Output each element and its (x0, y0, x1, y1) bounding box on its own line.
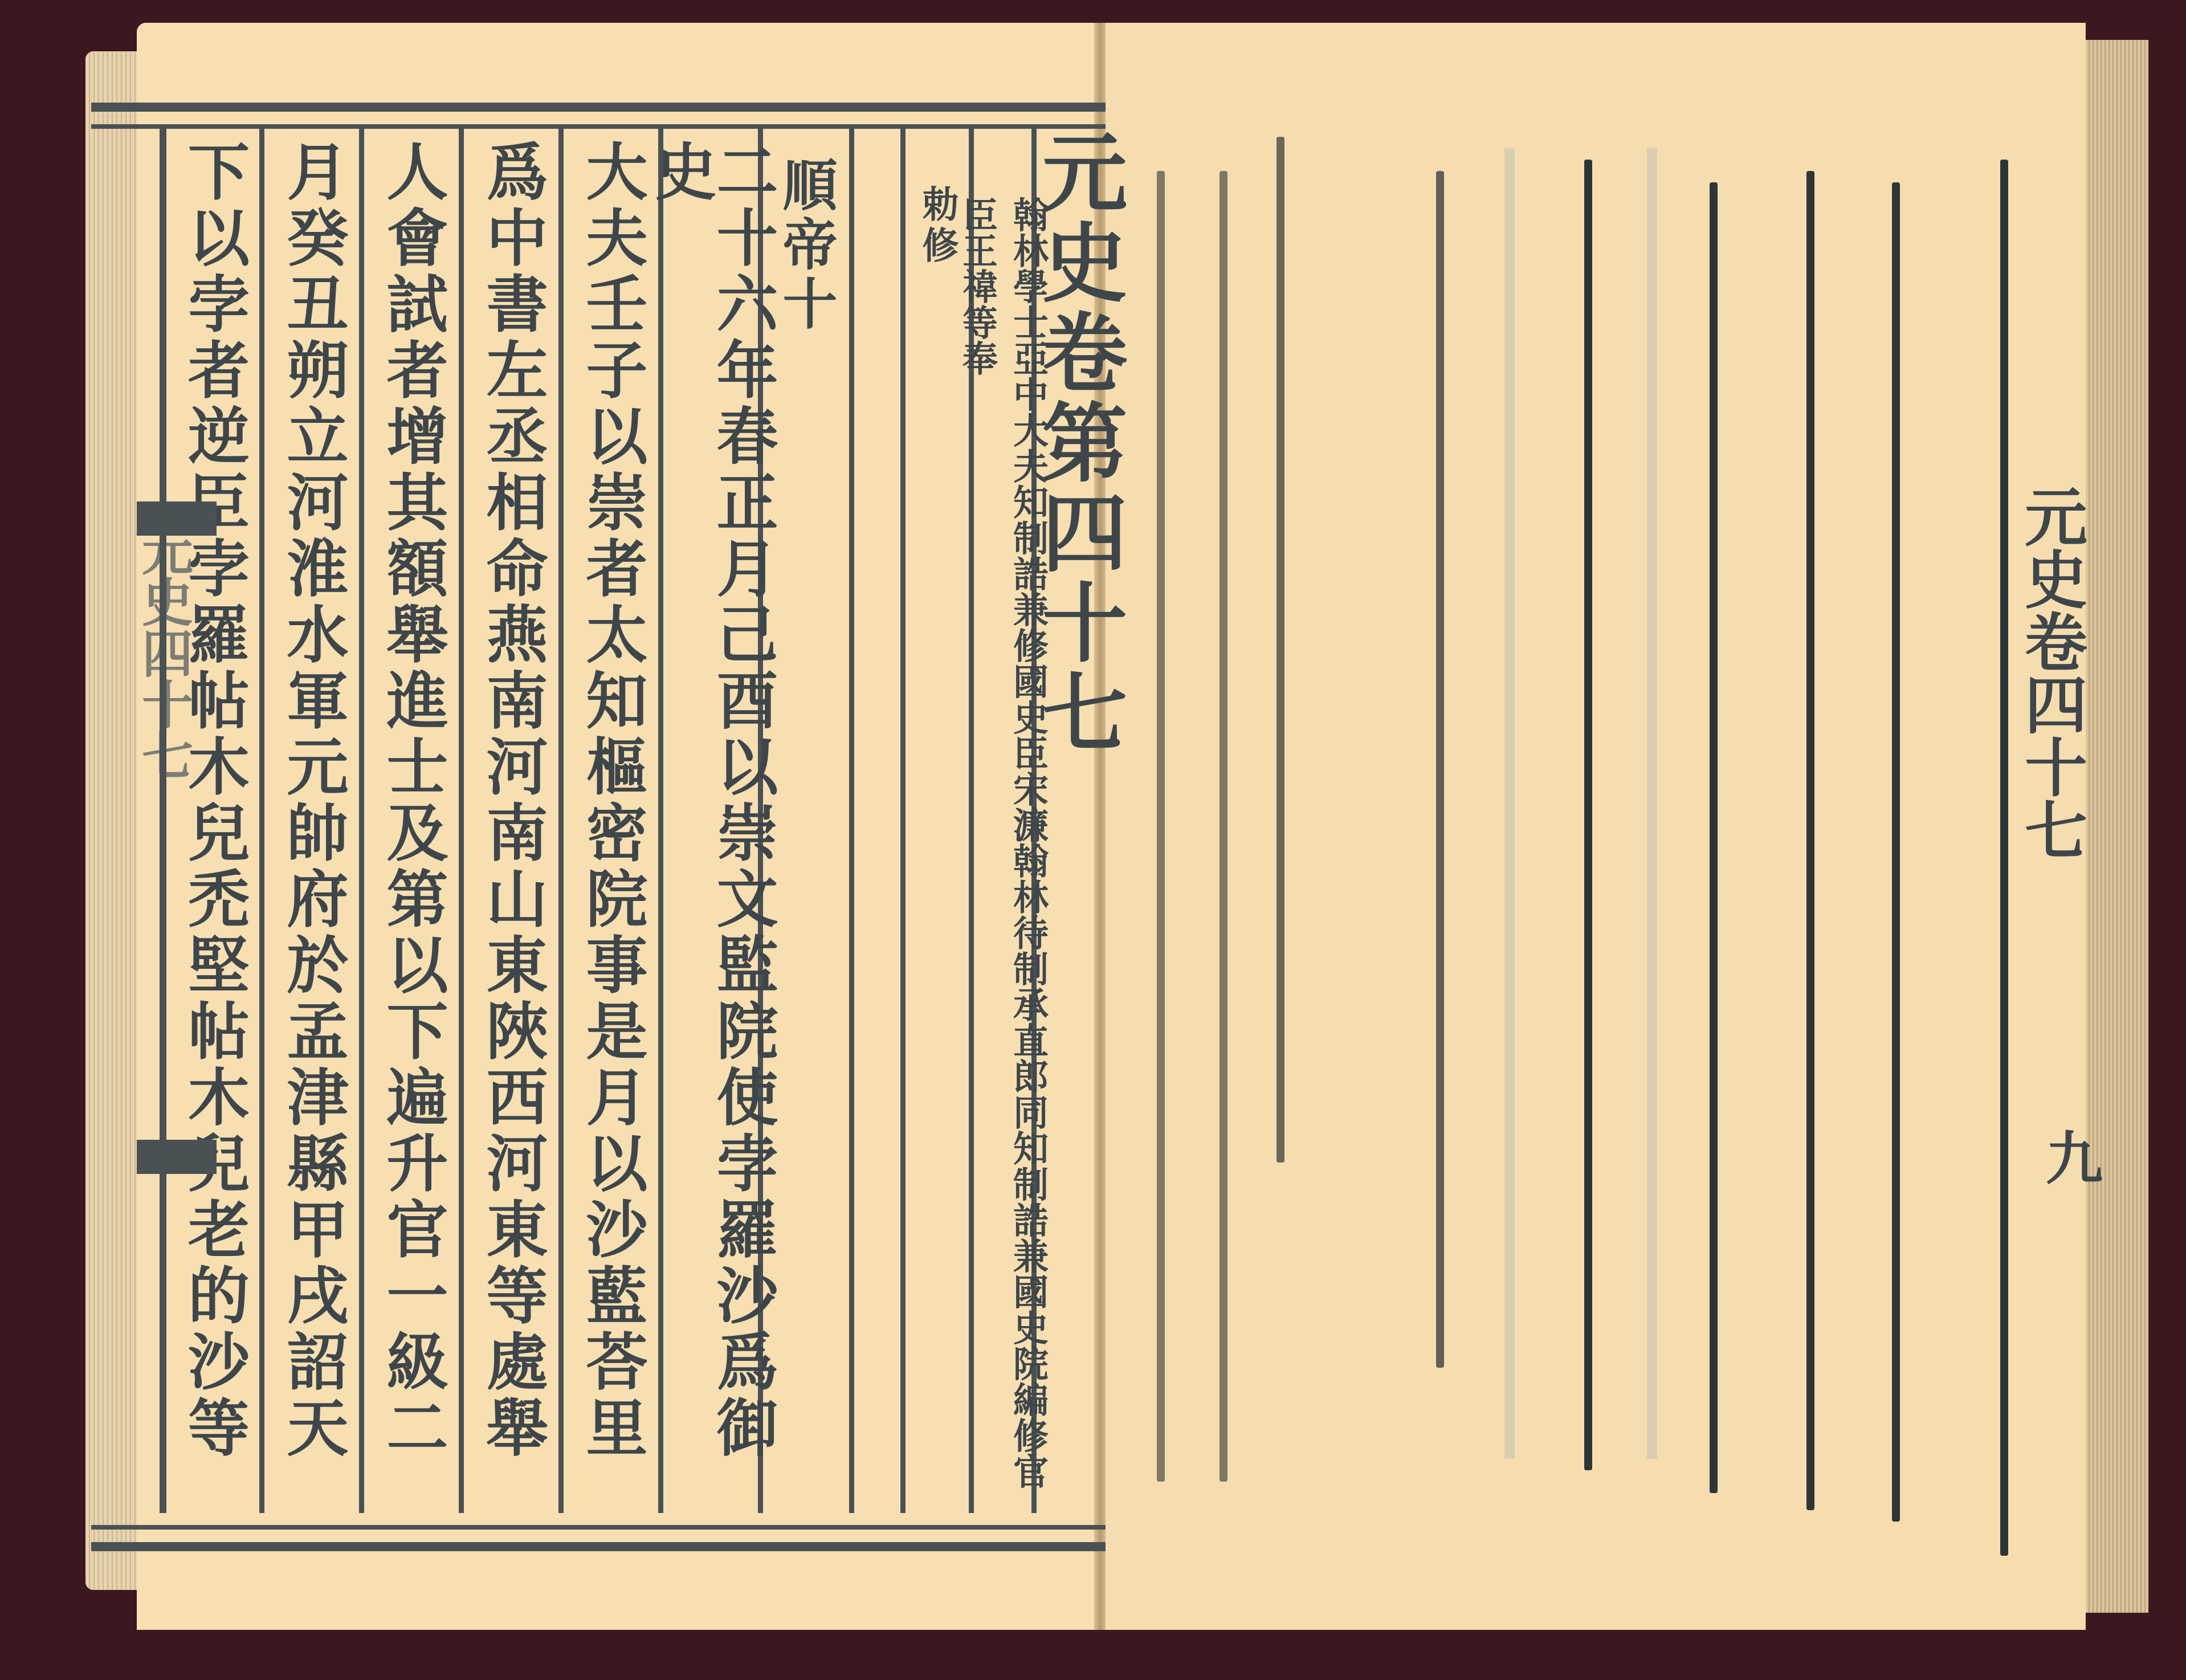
rule-line (1584, 160, 1592, 1470)
column-body-3: 爲中書左丞相命燕南河南山東陜西河東等處舉 (459, 128, 558, 1513)
column-body-5: 月癸丑朔立河淮水軍元帥府於孟津縣甲戌詔天 (259, 128, 359, 1513)
body-text-2: 大夫壬子以崇者太知樞密院事是月以沙藍荅里 (580, 140, 642, 1462)
column-blank (849, 128, 900, 1513)
column-body-1: 二十六年春正月己酉以崇文監院使孛羅沙爲御史 (658, 128, 758, 1513)
fish-tail-marker-top (137, 501, 217, 536)
ghost-rule (1504, 148, 1515, 1459)
body-text-6: 下以孛者逆臣孛羅帖木兒禿堅帖木兒老的沙等 (182, 140, 244, 1462)
right-edge-title: 元史卷四十七 (2006, 484, 2096, 861)
fish-tail-marker-bottom (137, 1140, 217, 1174)
column-imperial-order: 勅修 (900, 128, 969, 1513)
rule-line (1710, 182, 1718, 1493)
rule-line (1436, 171, 1444, 1368)
ghost-rule (1647, 148, 1657, 1459)
column-body-6: 下以孛者逆臣孛羅帖木兒禿堅帖木兒老的沙等 (160, 128, 259, 1513)
rule-line (1806, 171, 1814, 1510)
column-compiler: 翰林學士亞中大夫知制誥兼修國史臣宋濂翰林待制承直郎同知制誥兼國史院編修官臣王禕等… (969, 128, 1031, 1513)
right-page-faint-print (1265, 114, 2034, 1539)
column-body-2: 大夫壬子以崇者太知樞密院事是月以沙藍荅里 (558, 128, 658, 1513)
chapter-title: 順帝十 (767, 157, 845, 335)
body-text-1: 二十六年春正月己酉以崇文監院使孛羅沙爲御史 (649, 140, 772, 1513)
rule-line (1157, 171, 1165, 1482)
right-edge-page-number: 九 (2029, 1128, 2111, 1185)
body-text-3: 爲中書左丞相命燕南河南山東陜西河東等處舉 (480, 140, 542, 1462)
imperial-order: 勅修 (911, 185, 964, 267)
rule-line (1892, 182, 1900, 1522)
text-columns: 元史卷第四十七 翰林學士亞中大夫知制誥兼修國史臣宋濂翰林待制承直郎同知制誥兼國史… (160, 128, 1117, 1513)
body-text-5: 月癸丑朔立河淮水軍元帥府於孟津縣甲戌詔天 (281, 140, 342, 1462)
rule-line (1220, 171, 1227, 1482)
rule-line (1276, 137, 1284, 1163)
body-text-4: 人會試者增其額舉進士及第以下遍升官一級二 (381, 140, 442, 1462)
column-body-4: 人會試者增其額舉進士及第以下遍升官一級二 (359, 128, 459, 1513)
